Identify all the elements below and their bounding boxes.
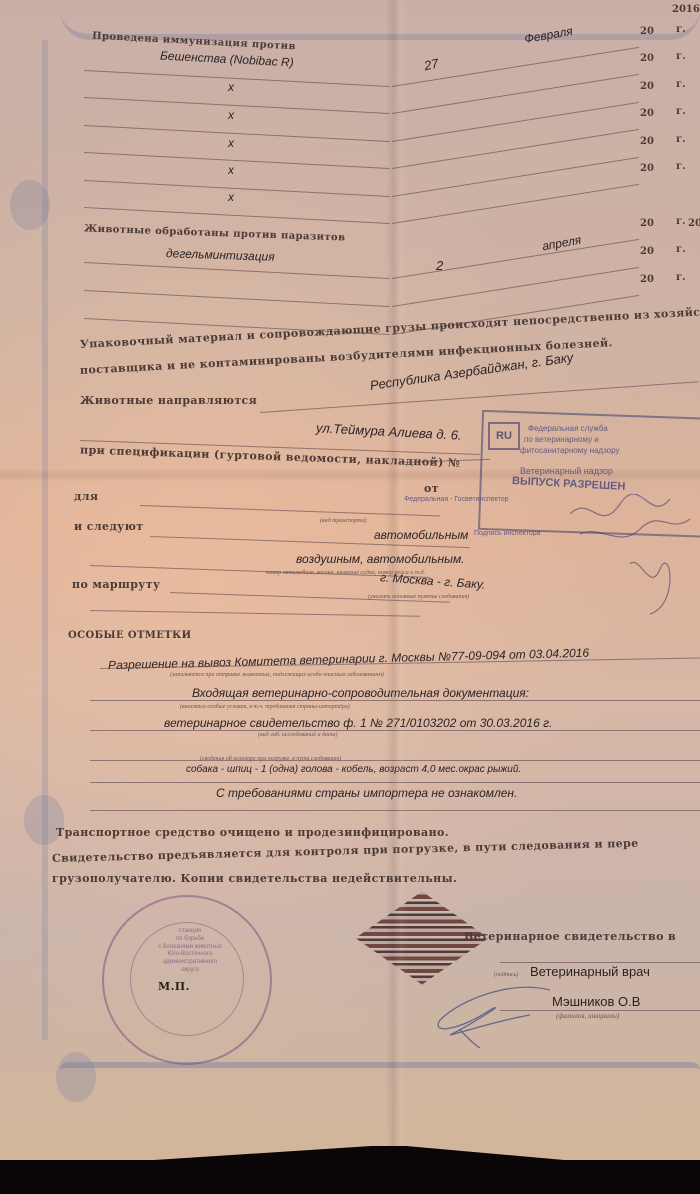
blank-row-mark: x [228,190,234,204]
immunization-day: 27 [423,56,440,74]
stamp-country-code: RU [488,422,520,450]
form-year-prefix: 20 [640,274,654,285]
form-year-prefix: 20 [640,218,654,229]
special-mark-hint: (вид лаб. исследований и дата) [258,732,337,738]
form-year-prefix: 20 [640,81,654,92]
footer-statement: Транспортное средство очищено и продезин… [56,826,449,839]
form-year-prefix: 20 [640,53,654,64]
destination-address: ул.Теймура Алиева д. 6. [316,420,462,443]
form-rule-line [84,290,390,307]
form-rule-line [90,810,700,811]
immunization-disease: Бешенства (Nobibac R) [160,49,294,70]
transport-label: и следуют [74,520,144,533]
parasites-label: Животные обработаны против паразитов [84,223,346,243]
footer-statement: Свидетельство предъявляется для контроля… [52,837,639,865]
form-year-prefix: г. [676,161,686,172]
form-year-prefix: 20 [640,136,654,147]
form-rule-line [84,180,390,197]
route-label: по маршруту [72,578,160,591]
inspector-signature [560,494,700,624]
form-rule-line [500,1010,700,1011]
form-year-prefix: г. [676,24,686,35]
form-year-prefix: г. [676,134,686,145]
form-rule-line [500,962,700,963]
form-rule-line [84,70,390,87]
form-year-prefix: 20 [640,246,654,257]
special-mark-line: Разрешение на вывоз Комитета ветеринарии… [108,646,589,673]
signer-name: Мэшников О.В [552,994,640,1009]
form-rule-line [90,782,700,783]
footer-statement: грузополучателю. Копии свидетельства нед… [52,872,457,885]
transport-value-2: воздушным, автомобильным. [296,552,465,566]
form-year-prefix: г. [676,244,686,255]
form-rule-line [90,700,700,701]
blank-row-mark: x [228,108,234,122]
specification-from: от [424,482,439,495]
transport-value: автомобильным [374,528,468,542]
form-year-prefix: г. [676,79,686,90]
special-mark-line: Входящая ветеринарно-сопроводительная до… [192,686,529,700]
special-marks-title: ОСОБЫЕ ОТМЕТКИ [68,630,191,641]
form-rule-line [84,207,390,224]
stamp-agency: фитосанитарному надзору [520,446,619,455]
form-rule-line [260,381,699,413]
form-year-prefix: 20 [640,163,654,174]
form-rule-line [84,97,390,114]
form-rule-line [170,592,450,603]
form-rule-line [140,505,440,516]
stamp-department: Ветеринарный надзор [520,466,613,476]
rosette-ornament [56,1052,96,1102]
special-mark-hint: (сведения об осмотре при погрузке, в пут… [200,756,341,762]
blank-row-mark: x [228,136,234,150]
form-year-prefix: 20 [640,26,654,37]
parasites-year: 2016 [688,218,700,229]
guilloche-border-bottom [60,1062,700,1078]
signer-position: Ветеринарный врач [530,964,650,979]
seal-text: станция по борьбе с болезнями животных Ю… [150,928,230,975]
form-year-prefix: 20 [640,108,654,119]
form-rule-line [90,760,700,761]
special-mark-line: собака - шпиц - 1 (одна) голова - кобель… [186,764,521,775]
stamp-agency: Федеральная служба [528,424,608,433]
parasites-treatment: дегельминтизация [166,246,275,264]
route-value: г. Москва - г. Баку. [380,570,486,591]
stamp-agency: по ветеринарному и [524,435,599,444]
vet-signature [430,980,560,1050]
for-label: для [74,490,98,503]
special-mark-hint: (заполняется при отправке животных, подл… [170,672,384,678]
form-rule-line [90,730,700,731]
form-year-prefix: г. [676,216,686,227]
stamp-extra: Федеральная - Госветинспектор [404,496,509,503]
signer-name-hint: (фамилия, инициалы) [556,1012,619,1020]
form-rule-line [84,262,390,279]
form-year-prefix: г. [676,51,686,62]
blank-row-mark: x [228,80,234,94]
certificate-page: Проведена иммунизация против Бешенства (… [0,0,700,1160]
form-rule-line [84,152,390,169]
seal-place-label: М.П. [158,980,190,993]
transport-hint: (вид транспорта) [320,518,366,524]
certificate-label: Ветеринарное свидетельство в [464,930,676,943]
signature-hint: (подпись) [494,972,518,978]
rosette-ornament [10,180,50,230]
form-year-prefix: г. [676,272,686,283]
destination-label: Животные направляются [80,394,257,407]
special-mark-line: С требованиями страны импортера не ознак… [216,786,517,800]
special-mark-hint: (вносятся особые условия, в т.ч. требова… [180,704,350,710]
special-mark-line: ветеринарное свидетельство ф. 1 № 271/01… [164,716,552,730]
immunization-year: 2016 [672,4,700,15]
form-rule-line [90,610,420,617]
form-rule-line [84,125,390,142]
blank-row-mark: x [228,163,234,177]
stamp-extra: Подпись инспектора [474,530,541,537]
form-year-prefix: г. [676,106,686,117]
